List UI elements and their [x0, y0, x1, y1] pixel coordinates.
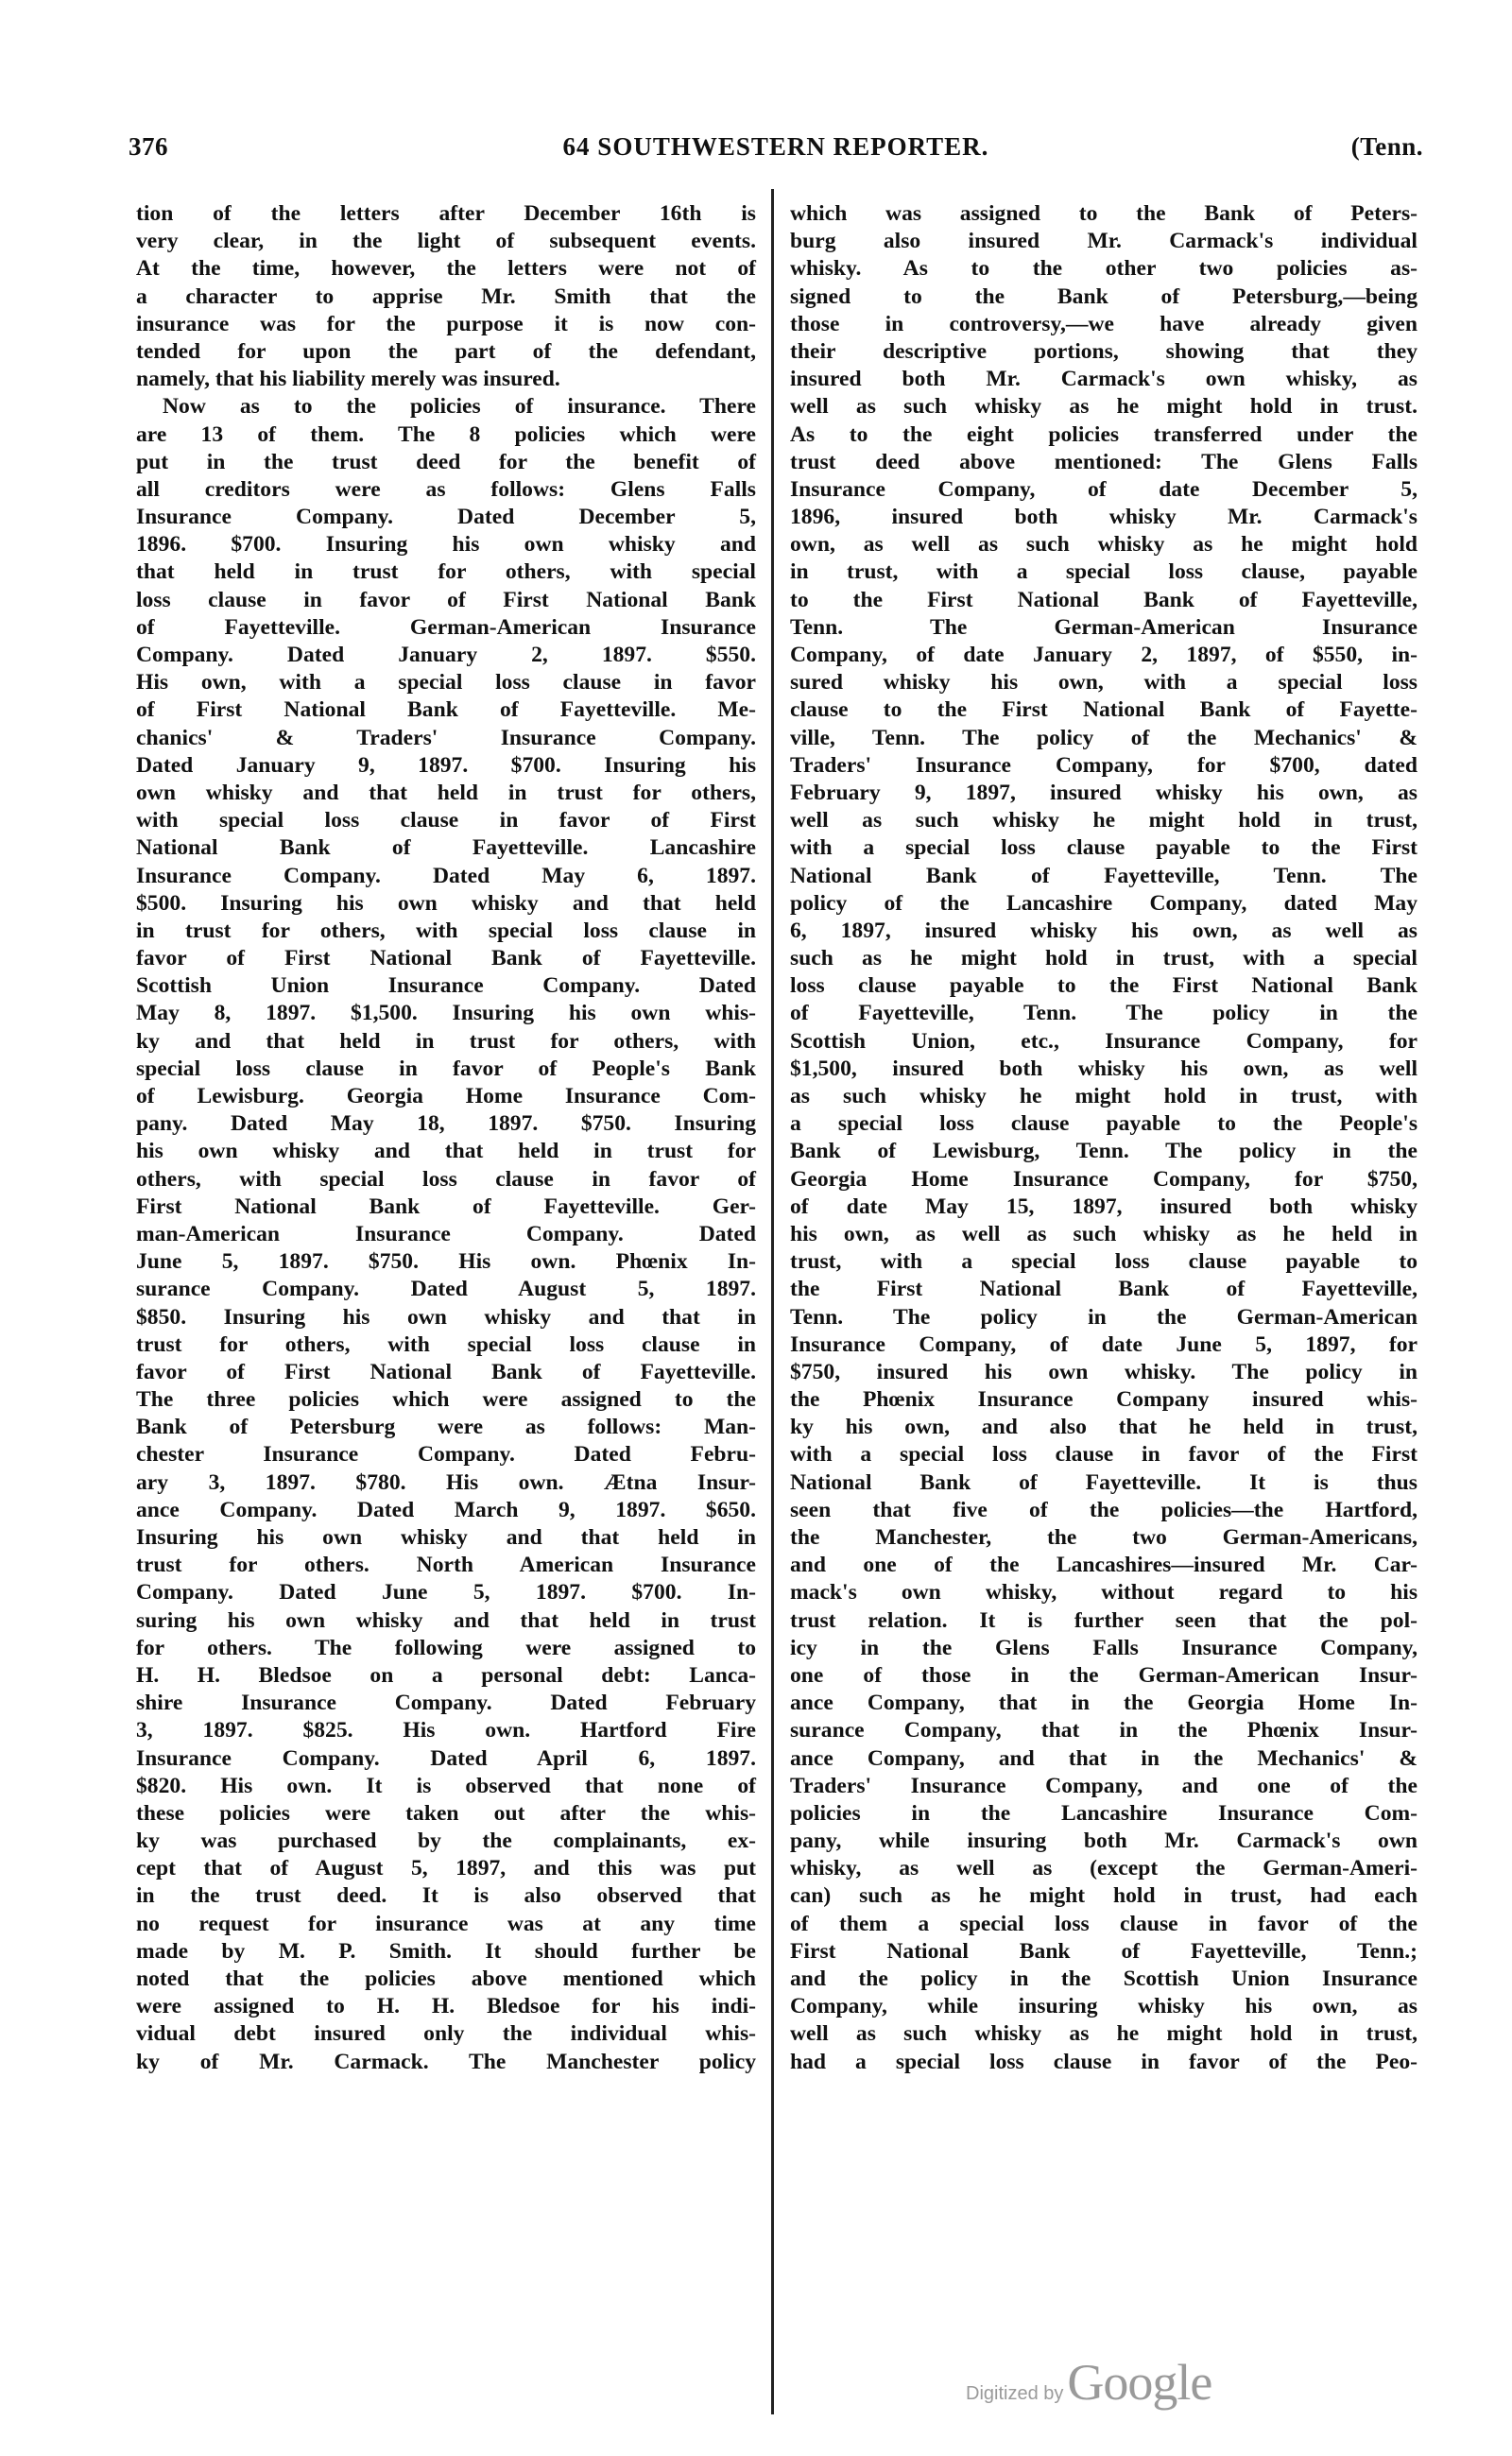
text-line: ance Company. Dated March 9, 1897. $650.	[136, 1497, 756, 1524]
text-line: Traders' Insurance Company, for $700, da…	[790, 752, 1417, 780]
text-line: policies in the Lancashire Insurance Com…	[790, 1800, 1417, 1828]
text-line: cept that of August 5, 1897, and this wa…	[136, 1855, 756, 1882]
text-line: Scottish Union, etc., Insurance Company,…	[790, 1028, 1417, 1056]
text-line: trust relation. It is further seen that …	[790, 1607, 1417, 1635]
text-line: Insurance Company. Dated May 6, 1897.	[136, 863, 756, 890]
text-line: are 13 of them. The 8 policies which wer…	[136, 421, 756, 449]
text-line: Insurance Company. Dated December 5,	[136, 504, 756, 531]
text-line: Now as to the policies of insurance. The…	[136, 393, 756, 421]
text-line: well as such whisky as he might hold in …	[790, 2020, 1417, 2048]
text-line: First National Bank of Fayetteville, Ten…	[790, 1938, 1417, 1966]
state-tag: (Tenn.	[1351, 132, 1423, 162]
text-line: First National Bank of Fayetteville. Ger…	[136, 1194, 756, 1221]
text-line: surance Company. Dated August 5, 1897.	[136, 1276, 756, 1303]
text-line: trust for others, with special loss clau…	[136, 1331, 756, 1359]
text-line: whisky. As to the other two policies as-	[790, 255, 1417, 283]
text-line: vidual debt insured only the individual …	[136, 2020, 756, 2048]
text-line: seen that five of the policies—the Hartf…	[790, 1497, 1417, 1524]
text-line: tended for upon the part of the defendan…	[136, 338, 756, 366]
text-line: Insuring his own whisky and that held in	[136, 1524, 756, 1552]
text-line: Scottish Union Insurance Company. Dated	[136, 972, 756, 1000]
text-line: $1,500, insured both whisky his own, as …	[790, 1056, 1417, 1083]
text-line: H. H. Bledsoe on a personal debt: Lanca-	[136, 1662, 756, 1690]
text-line: trust for others. North American Insuran…	[136, 1552, 756, 1579]
text-line: special loss clause in favor of People's…	[136, 1056, 756, 1083]
text-line: his own whisky and that held in trust fo…	[136, 1138, 756, 1165]
text-line: At the time, however, the letters were n…	[136, 255, 756, 283]
text-line: As to the eight policies transferred und…	[790, 421, 1417, 449]
text-line: pany, while insuring both Mr. Carmack's …	[790, 1828, 1417, 1855]
text-line: these policies were taken out after the …	[136, 1800, 756, 1828]
text-line: ky and that held in trust for others, wi…	[136, 1028, 756, 1056]
text-line: all creditors were as follows: Glens Fal…	[136, 476, 756, 504]
text-line: loss clause in favor of First National B…	[136, 587, 756, 614]
text-line: sured whisky his own, with a special los…	[790, 669, 1417, 696]
text-line: loss clause payable to the First Nationa…	[790, 972, 1417, 1000]
digitized-by-google-watermark: Digitized byGoogle	[966, 2353, 1211, 2412]
text-line: June 5, 1897. $750. His own. Phœnix In-	[136, 1248, 756, 1276]
text-line: icy in the Glens Falls Insurance Company…	[790, 1635, 1417, 1662]
running-title: 64 SOUTHWESTERN REPORTER.	[129, 132, 1423, 162]
text-line: of Fayetteville, Tenn. The policy in the	[790, 1000, 1417, 1027]
text-line: $750, insured his own whisky. The policy…	[790, 1359, 1417, 1386]
text-line: no request for insurance was at any time	[136, 1911, 756, 1938]
text-line: of First National Bank of Fayetteville. …	[136, 696, 756, 724]
text-line: the Manchester, the two German-Americans…	[790, 1524, 1417, 1552]
text-line: Georgia Home Insurance Company, for $750…	[790, 1166, 1417, 1194]
text-line: in trust for others, with special loss c…	[136, 918, 756, 945]
right-column: which was assigned to the Bank of Peters…	[790, 200, 1417, 2076]
text-line: in trust, with a special loss clause, pa…	[790, 558, 1417, 586]
text-line: and the policy in the Scottish Union Ins…	[790, 1966, 1417, 1993]
text-line: burg also insured Mr. Carmack's individu…	[790, 228, 1417, 255]
text-line: for others. The following were assigned …	[136, 1635, 756, 1662]
text-line: pany. Dated May 18, 1897. $750. Insuring	[136, 1110, 756, 1138]
text-line: surance Company, that in the Phœnix Insu…	[790, 1717, 1417, 1744]
text-line: chester Insurance Company. Dated Febru-	[136, 1441, 756, 1468]
text-line: with special loss clause in favor of Fir…	[136, 807, 756, 834]
text-line: put in the trust deed for the benefit of	[136, 449, 756, 476]
text-line: signed to the Bank of Petersburg,—being	[790, 283, 1417, 311]
left-column: tion of the letters after December 16th …	[136, 200, 756, 2076]
text-line: Company, of date January 2, 1897, of $55…	[790, 642, 1417, 669]
text-line: National Bank of Fayetteville. It is thu…	[790, 1469, 1417, 1497]
text-line: trust, with a special loss clause payabl…	[790, 1248, 1417, 1276]
google-logo-text: Google	[1067, 2354, 1211, 2411]
text-line: insurance was for the purpose it is now …	[136, 311, 756, 338]
text-line: his own, as well as such whisky as he he…	[790, 1221, 1417, 1248]
text-line: Dated January 9, 1897. $700. Insuring hi…	[136, 752, 756, 780]
text-line: tion of the letters after December 16th …	[136, 200, 756, 228]
text-line: of Lewisburg. Georgia Home Insurance Com…	[136, 1083, 756, 1110]
text-line: can) such as he might hold in trust, had…	[790, 1882, 1417, 1910]
text-line: to the First National Bank of Fayettevil…	[790, 587, 1417, 614]
text-line: The three policies which were assigned t…	[136, 1386, 756, 1414]
text-line: $850. Insuring his own whisky and that i…	[136, 1304, 756, 1331]
text-line: clause to the First National Bank of Fay…	[790, 696, 1417, 724]
text-line: chanics' & Traders' Insurance Company.	[136, 725, 756, 752]
text-line: such as he might hold in trust, with a s…	[790, 945, 1417, 972]
text-line: His own, with a special loss clause in f…	[136, 669, 756, 696]
text-line: 1896, insured both whisky Mr. Carmack's	[790, 504, 1417, 531]
text-line: namely, that his liability merely was in…	[136, 366, 756, 393]
text-line: Insurance Company. Dated April 6, 1897.	[136, 1745, 756, 1773]
text-line: the Phœnix Insurance Company insured whi…	[790, 1386, 1417, 1414]
page-header: 376 64 SOUTHWESTERN REPORTER. (Tenn.	[129, 132, 1423, 170]
text-line: that held in trust for others, with spec…	[136, 558, 756, 586]
text-line: a special loss clause payable to the Peo…	[790, 1110, 1417, 1138]
text-line: favor of First National Bank of Fayettev…	[136, 1359, 756, 1386]
text-line: insured both Mr. Carmack's own whisky, a…	[790, 366, 1417, 393]
text-line: mack's own whisky, without regard to his	[790, 1579, 1417, 1606]
text-line: others, with special loss clause in favo…	[136, 1166, 756, 1194]
text-line: those in controversy,—we have already gi…	[790, 311, 1417, 338]
text-line: suring his own whisky and that held in t…	[136, 1607, 756, 1635]
text-line: own, as well as such whisky as he might …	[790, 531, 1417, 558]
text-line: as such whisky he might hold in trust, w…	[790, 1083, 1417, 1110]
text-line: 3, 1897. $825. His own. Hartford Fire	[136, 1717, 756, 1744]
text-line: favor of First National Bank of Fayettev…	[136, 945, 756, 972]
text-line: of them a special loss clause in favor o…	[790, 1911, 1417, 1938]
text-line: Tenn. The German-American Insurance	[790, 614, 1417, 642]
text-line: own whisky and that held in trust for ot…	[136, 780, 756, 807]
text-line: very clear, in the light of subsequent e…	[136, 228, 756, 255]
column-divider	[771, 189, 774, 2414]
text-line: Bank of Lewisburg, Tenn. The policy in t…	[790, 1138, 1417, 1165]
text-line: Bank of Petersburg were as follows: Man-	[136, 1414, 756, 1441]
text-line: Insurance Company, of date June 5, 1897,…	[790, 1331, 1417, 1359]
text-line: ky his own, and also that he held in tru…	[790, 1414, 1417, 1441]
text-line: were assigned to H. H. Bledsoe for his i…	[136, 1993, 756, 2020]
text-line: their descriptive portions, showing that…	[790, 338, 1417, 366]
text-line: with a special loss clause payable to th…	[790, 834, 1417, 862]
text-line: Company. Dated June 5, 1897. $700. In-	[136, 1579, 756, 1606]
text-line: a character to apprise Mr. Smith that th…	[136, 283, 756, 311]
text-line: whisky, as well as (except the German-Am…	[790, 1855, 1417, 1882]
text-line: well as such whisky as he might hold in …	[790, 393, 1417, 421]
text-line: 6, 1897, insured whisky his own, as well…	[790, 918, 1417, 945]
text-line: $820. His own. It is observed that none …	[136, 1773, 756, 1800]
text-line: of date May 15, 1897, insured both whisk…	[790, 1194, 1417, 1221]
text-line: in the trust deed. It is also observed t…	[136, 1882, 756, 1910]
text-line: had a special loss clause in favor of th…	[790, 2049, 1417, 2076]
text-line: May 8, 1897. $1,500. Insuring his own wh…	[136, 1000, 756, 1027]
text-line: the First National Bank of Fayetteville,	[790, 1276, 1417, 1303]
text-line: trust deed above mentioned: The Glens Fa…	[790, 449, 1417, 476]
text-line: National Bank of Fayetteville. Lancashir…	[136, 834, 756, 862]
text-line: shire Insurance Company. Dated February	[136, 1690, 756, 1717]
text-line: one of those in the German-American Insu…	[790, 1662, 1417, 1690]
text-line: 1896. $700. Insuring his own whisky and	[136, 531, 756, 558]
text-line: and one of the Lancashires—insured Mr. C…	[790, 1552, 1417, 1579]
text-line: well as such whisky he might hold in tru…	[790, 807, 1417, 834]
text-line: made by M. P. Smith. It should further b…	[136, 1938, 756, 1966]
text-line: ance Company, that in the Georgia Home I…	[790, 1690, 1417, 1717]
text-line: Traders' Insurance Company, and one of t…	[790, 1773, 1417, 1800]
watermark-prefix: Digitized by	[966, 2383, 1063, 2404]
text-line: noted that the policies above mentioned …	[136, 1966, 756, 1993]
text-line: ville, Tenn. The policy of the Mechanics…	[790, 725, 1417, 752]
text-line: ky of Mr. Carmack. The Manchester policy	[136, 2049, 756, 2076]
text-line: with a special loss clause in favor of t…	[790, 1441, 1417, 1468]
text-line: Insurance Company, of date December 5,	[790, 476, 1417, 504]
text-line: $500. Insuring his own whisky and that h…	[136, 890, 756, 918]
text-line: National Bank of Fayetteville, Tenn. The	[790, 863, 1417, 890]
text-line: which was assigned to the Bank of Peters…	[790, 200, 1417, 228]
text-line: February 9, 1897, insured whisky his own…	[790, 780, 1417, 807]
text-line: man-American Insurance Company. Dated	[136, 1221, 756, 1248]
text-line: Tenn. The policy in the German-American	[790, 1304, 1417, 1331]
text-line: Company. Dated January 2, 1897. $550.	[136, 642, 756, 669]
text-line: of Fayetteville. German-American Insuran…	[136, 614, 756, 642]
text-line: Company, while insuring whisky his own, …	[790, 1993, 1417, 2020]
text-line: ary 3, 1897. $780. His own. Ætna Insur-	[136, 1469, 756, 1497]
text-line: ky was purchased by the complainants, ex…	[136, 1828, 756, 1855]
text-line: policy of the Lancashire Company, dated …	[790, 890, 1417, 918]
text-line: ance Company, and that in the Mechanics'…	[790, 1745, 1417, 1773]
